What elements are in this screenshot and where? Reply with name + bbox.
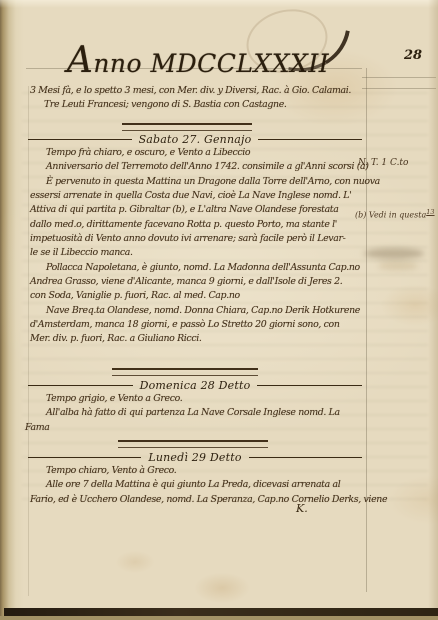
manuscript-page-scan: Anno MDCCLXXXII 28 3 Mesi fà, e lo spett… — [0, 0, 438, 620]
book-edge-under — [0, 616, 438, 620]
manuscript-line: Mer. div. p. fuori, Rac. a Giuliano Ricc… — [30, 332, 368, 346]
section-body: Tempo grigio, e Vento a Greco. All'alba … — [30, 392, 368, 435]
manuscript-line: Andrea Grasso, viene d'Alicante, manca 9… — [30, 275, 368, 289]
header-rule-right — [249, 457, 362, 458]
manuscript-line: Pollacca Napoletana, è giunto, nomd. La … — [30, 261, 368, 275]
ruled-line-left-vertical — [28, 86, 29, 596]
section-body: Tempo frà chiaro, e oscuro, e Vento a Li… — [30, 146, 368, 347]
section-date-label: Lunedì 29 Detto — [148, 451, 241, 464]
ruled-line-margin-second — [362, 88, 436, 89]
section-date-label: Domenica 28 Detto — [140, 379, 251, 392]
section-body: Tempo chiaro, Vento à Greco. Alle ore 7 … — [30, 464, 368, 507]
header-rule-left — [28, 139, 132, 140]
manuscript-line: Fario, ed è Ucchero Olandese, nomd. La S… — [30, 493, 368, 507]
manuscript-line: Alle ore 7 della Mattina è qui giunto La… — [30, 478, 368, 492]
intro-paragraph: 3 Mesi fà, e lo spetto 3 mesi, con Mer. … — [30, 84, 368, 111]
manuscript-line: Nave Breq.ta Olandese, nomd. Donna Chiar… — [30, 304, 368, 318]
manuscript-line: d'Amsterdam, manca 18 giorni, e passò Lo… — [30, 318, 368, 332]
section-header: Sabato 27. Gennajo — [28, 133, 362, 146]
page-right-shadow — [428, 0, 438, 620]
manuscript-line: Tempo chiaro, Vento à Greco. — [30, 464, 368, 478]
section-divider-bar — [112, 368, 258, 376]
margin-note-a: N. T. 1 C.to — [358, 158, 408, 168]
manuscript-line: 3 Mesi fà, e lo spetto 3 mesi, con Mer. … — [30, 84, 368, 98]
manuscript-line: All'alba hà fatto di qui partenza La Nav… — [30, 406, 368, 420]
ruled-line-margin-top — [362, 77, 436, 78]
book-edge-shadow — [4, 608, 438, 616]
margin-note-b-text: (b) Vedi in questa — [355, 211, 426, 220]
manuscript-line: È pervenuto in questa Mattina un Dragone… — [30, 175, 368, 189]
header-rule-left — [28, 457, 141, 458]
manuscript-line: Attiva di qui partita p. Gibraltar (b), … — [30, 203, 368, 217]
manuscript-line: essersi arrenate in quella Costa due Nav… — [30, 189, 368, 203]
manuscript-line: Anniversario del Terremoto dell'Anno 174… — [30, 160, 368, 174]
ink-showthrough-blot — [364, 248, 424, 259]
manuscript-line: con Soda, Vaniglie p. fuori, Rac. al med… — [30, 289, 368, 303]
page-top-highlight — [0, 0, 438, 8]
ink-showthrough-blot — [378, 262, 418, 270]
section-divider-bar — [118, 440, 268, 448]
header-rule-left — [28, 385, 133, 386]
page-number: 28 — [404, 48, 422, 63]
manuscript-line: Fama — [25, 421, 368, 435]
section-divider-bar — [122, 123, 252, 131]
margin-note-b: (b) Vedi in questa13 — [355, 208, 435, 220]
section-date-label: Sabato 27. Gennajo — [139, 133, 252, 146]
header-rule-right — [257, 385, 362, 386]
manuscript-line: Tempo frà chiaro, e oscuro, e Vento a Li… — [30, 146, 368, 160]
manuscript-line: Tre Leuti Francesi; vengono di S. Bastia… — [30, 98, 368, 112]
section-header: Domenica 28 Detto — [28, 379, 362, 392]
manuscript-line: le se il Libeccio manca. — [30, 246, 368, 260]
catchword-mark: K. — [296, 502, 308, 515]
manuscript-line: Tempo grigio, e Vento a Greco. — [30, 392, 368, 406]
manuscript-line: impetuosità di Vento anno dovuto ivi arr… — [30, 232, 368, 246]
section-header: Lunedì 29 Detto — [28, 451, 362, 464]
header-rule-right — [258, 139, 362, 140]
manuscript-line: dallo med.o, dirittamente facevano Rotta… — [30, 218, 368, 232]
